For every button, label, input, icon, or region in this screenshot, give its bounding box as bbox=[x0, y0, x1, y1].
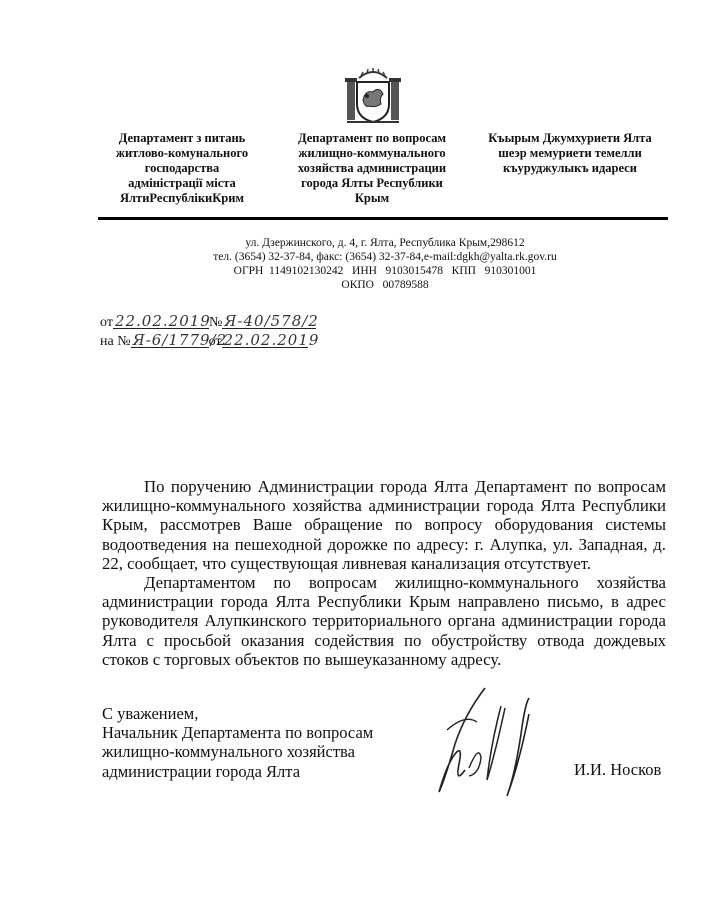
signer-title-line: администрации города Ялта bbox=[102, 762, 373, 781]
contact-block: ул. Дзержинского, д. 4, г. Ялта, Республ… bbox=[150, 236, 620, 292]
letterhead-line: Къырым Джумхуриети Ялта bbox=[470, 131, 670, 146]
ref-number-label: на № bbox=[100, 334, 131, 349]
letterhead-line: ЯлтиРеспублікиКрим bbox=[102, 191, 262, 206]
signature-icon bbox=[425, 684, 555, 799]
letterhead-line: Департамент з питань bbox=[102, 131, 262, 146]
letter-body: По поручению Администрации города Ялта Д… bbox=[102, 477, 666, 669]
letterhead-center-block: Департамент по вопросам жилищно-коммунал… bbox=[282, 131, 462, 206]
letterhead-line: Крым bbox=[282, 191, 462, 206]
letterhead-left-block: Департамент з питань житлово-комунальног… bbox=[102, 131, 262, 206]
reference-date: 22.02.2019 bbox=[222, 333, 308, 348]
letterhead-line: къуруджулыкъ идареси bbox=[470, 161, 670, 176]
outgoing-registration: от22.02.2019№Я-40/578/2 bbox=[100, 314, 316, 331]
letterhead-line: города Ялты Республики bbox=[282, 176, 462, 191]
letterhead-line: господарства bbox=[102, 161, 262, 176]
letterhead-line: адміністрації міста bbox=[102, 176, 262, 191]
closing-block: С уважением, Начальник Департамента по в… bbox=[102, 704, 373, 781]
okpo-code: ОКПО 00789588 bbox=[150, 278, 620, 292]
signer-name: И.И. Носков bbox=[574, 760, 661, 780]
signer-title-line: Начальник Департамента по вопросам bbox=[102, 723, 373, 742]
letterhead-line: хозяйства администрации bbox=[282, 161, 462, 176]
outgoing-number: Я-40/578/2 bbox=[222, 314, 316, 329]
letterhead-line: Департамент по вопросам bbox=[282, 131, 462, 146]
reference-registration: на №Я-6/1779/2от22.02.2019 bbox=[100, 333, 308, 350]
body-paragraph: Департаментом по вопросам жилищно-коммун… bbox=[102, 573, 666, 669]
address: ул. Дзержинского, д. 4, г. Ялта, Республ… bbox=[150, 236, 620, 250]
closing-greeting: С уважением, bbox=[102, 704, 373, 723]
signer-title-line: жилищно-коммунального хозяйства bbox=[102, 742, 373, 761]
outgoing-date: 22.02.2019 bbox=[113, 314, 209, 329]
coat-of-arms-icon bbox=[339, 64, 407, 128]
letterhead-right-block: Къырым Джумхуриети Ялта шеэр мемуриети т… bbox=[470, 131, 670, 176]
letterhead-line: жилищно-коммунального bbox=[282, 146, 462, 161]
letterhead-line: житлово-комунального bbox=[102, 146, 262, 161]
body-paragraph: По поручению Администрации города Ялта Д… bbox=[102, 477, 666, 573]
phones-email: тел. (3654) 32-37-84, факс: (3654) 32-37… bbox=[150, 250, 620, 264]
number-label: № bbox=[209, 315, 222, 330]
letterhead-line: шеэр мемуриети темелли bbox=[470, 146, 670, 161]
header-divider bbox=[98, 217, 668, 220]
from-label: от bbox=[100, 315, 113, 330]
reference-number: Я-6/1779/2 bbox=[131, 333, 209, 348]
ref-from-label: от bbox=[209, 334, 222, 349]
registration-codes: ОГРН 1149102130242 ИНН 9103015478 КПП 91… bbox=[150, 264, 620, 278]
